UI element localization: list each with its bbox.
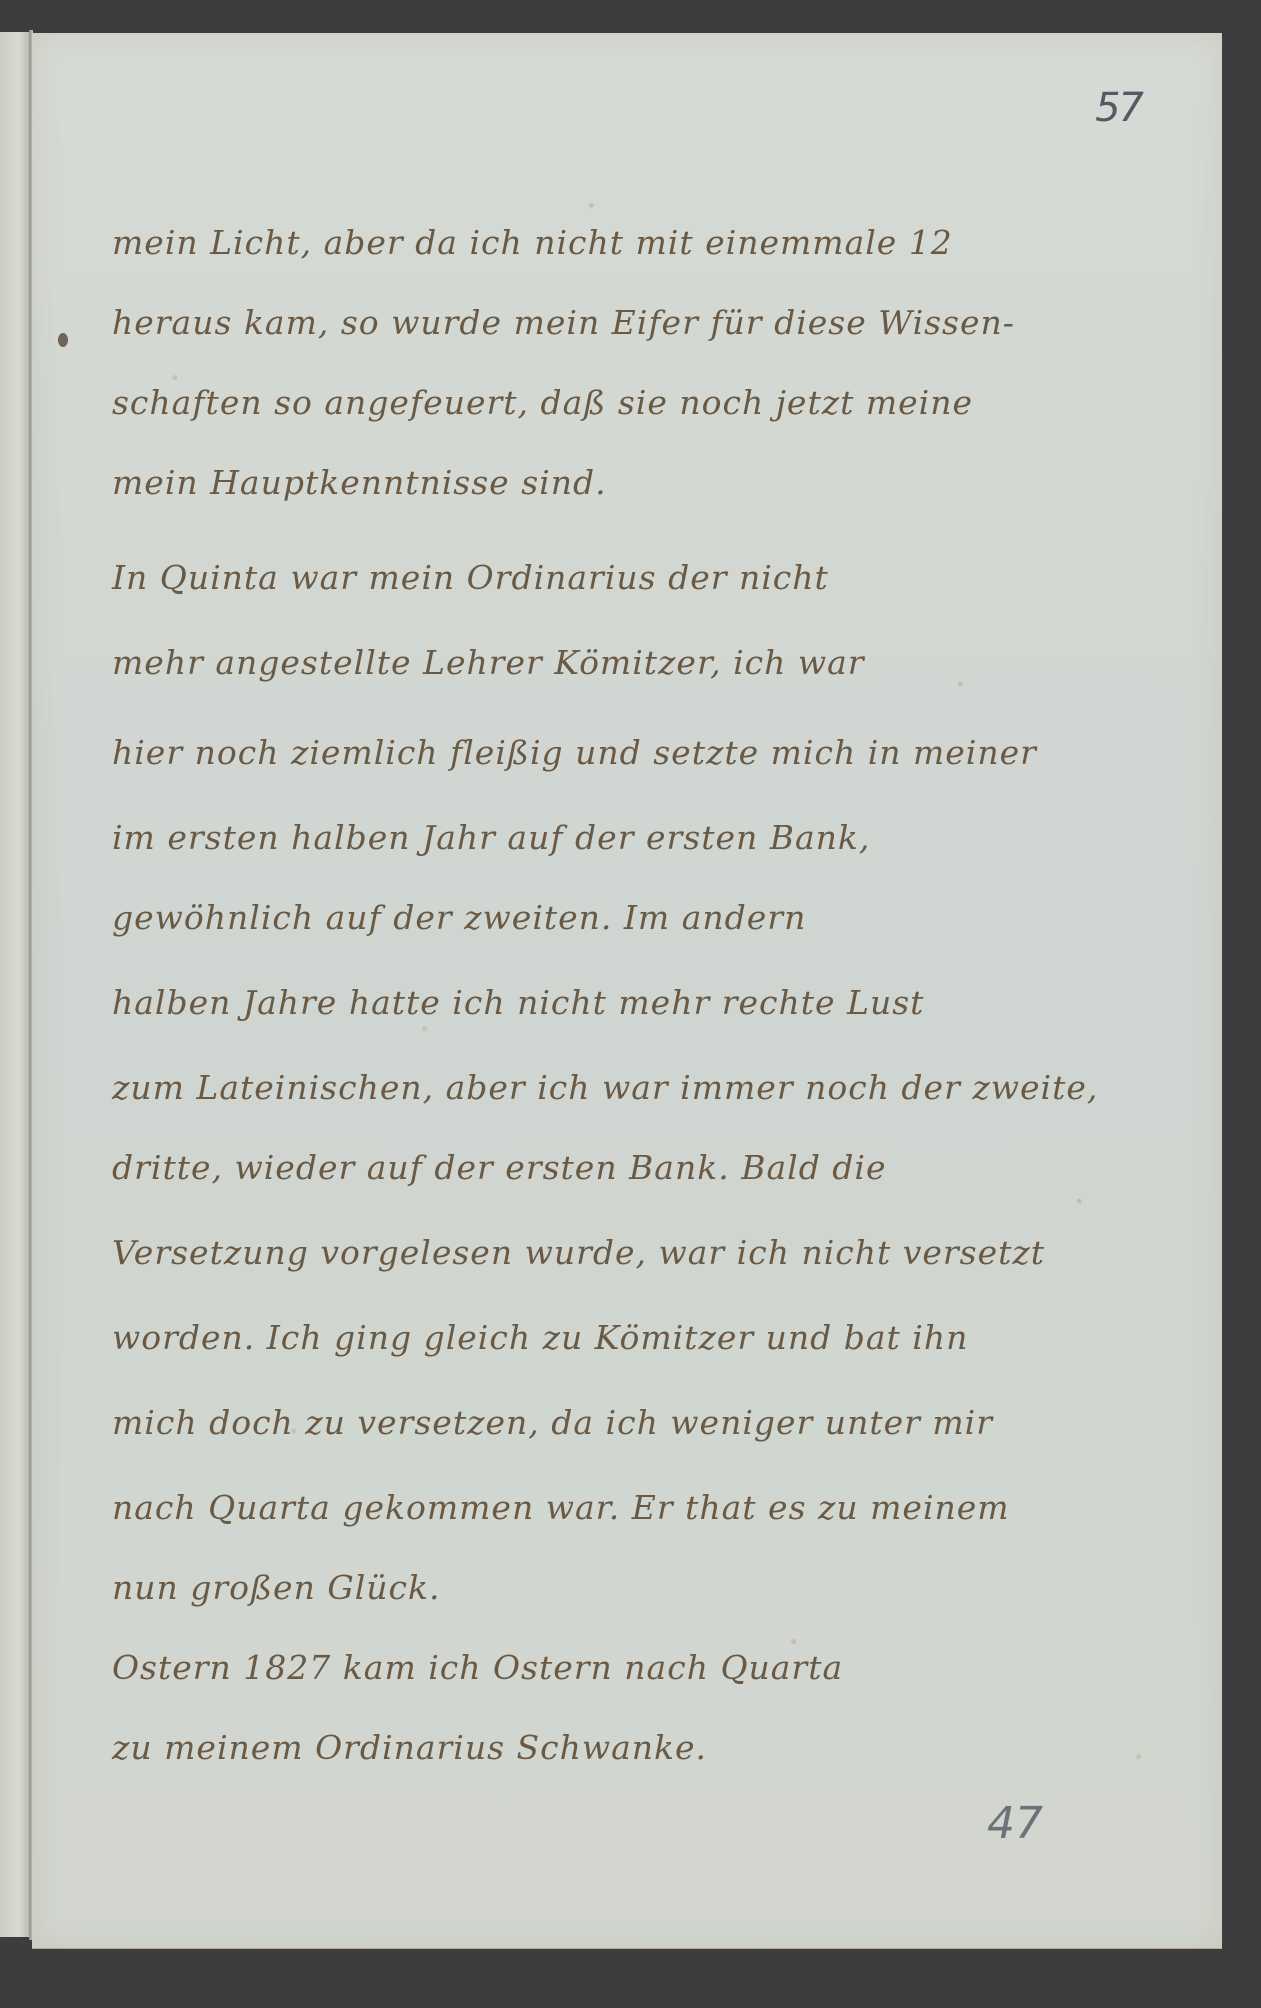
text-line-15: mich doch zu versetzen, da ich weniger u… (112, 1403, 993, 1442)
binding-hole (58, 333, 68, 347)
text-line-18: Ostern 1827 kam ich Ostern nach Quarta (112, 1648, 843, 1687)
page-number: 57 (1095, 85, 1142, 131)
text-line-8: im ersten halben Jahr auf der ersten Ban… (112, 818, 870, 857)
text-line-1: mein Licht, aber da ich nicht mit einemm… (112, 223, 953, 262)
text-line-5: In Quinta war mein Ordinarius der nicht (112, 558, 829, 597)
text-line-10: halben Jahre hatte ich nicht mehr rechte… (112, 983, 924, 1022)
text-line-2: heraus kam, so wurde mein Eifer für dies… (112, 303, 1015, 342)
text-line-16: nach Quarta gekommen war. Er that es zu … (112, 1488, 1010, 1527)
text-line-3: schaften so angefeuert, daß sie noch jet… (112, 383, 973, 422)
text-line-17: nun großen Glück. (112, 1568, 440, 1607)
text-line-6: mehr angestellte Lehrer Kömitzer, ich wa… (112, 643, 865, 682)
text-line-19: zu meinem Ordinarius Schwanke. (112, 1728, 707, 1767)
text-line-4: mein Hauptkenntnisse sind. (112, 463, 607, 502)
text-line-11: zum Lateinischen, aber ich war immer noc… (112, 1068, 1098, 1107)
folio-pencil-number: 47 (987, 1798, 1043, 1849)
text-line-9: gewöhnlich auf der zweiten. Im andern (112, 898, 806, 937)
text-line-12: dritte, wieder auf der ersten Bank. Bald… (112, 1148, 887, 1187)
manuscript-page: 57 mein Licht, aber da ich nicht mit ein… (32, 33, 1222, 1949)
previous-page-edge (0, 32, 30, 1937)
text-line-14: worden. Ich ging gleich zu Kömitzer und … (112, 1318, 968, 1357)
text-line-13: Versetzung vorgelesen wurde, war ich nic… (112, 1233, 1045, 1272)
text-line-7: hier noch ziemlich fleißig und setzte mi… (112, 733, 1037, 772)
